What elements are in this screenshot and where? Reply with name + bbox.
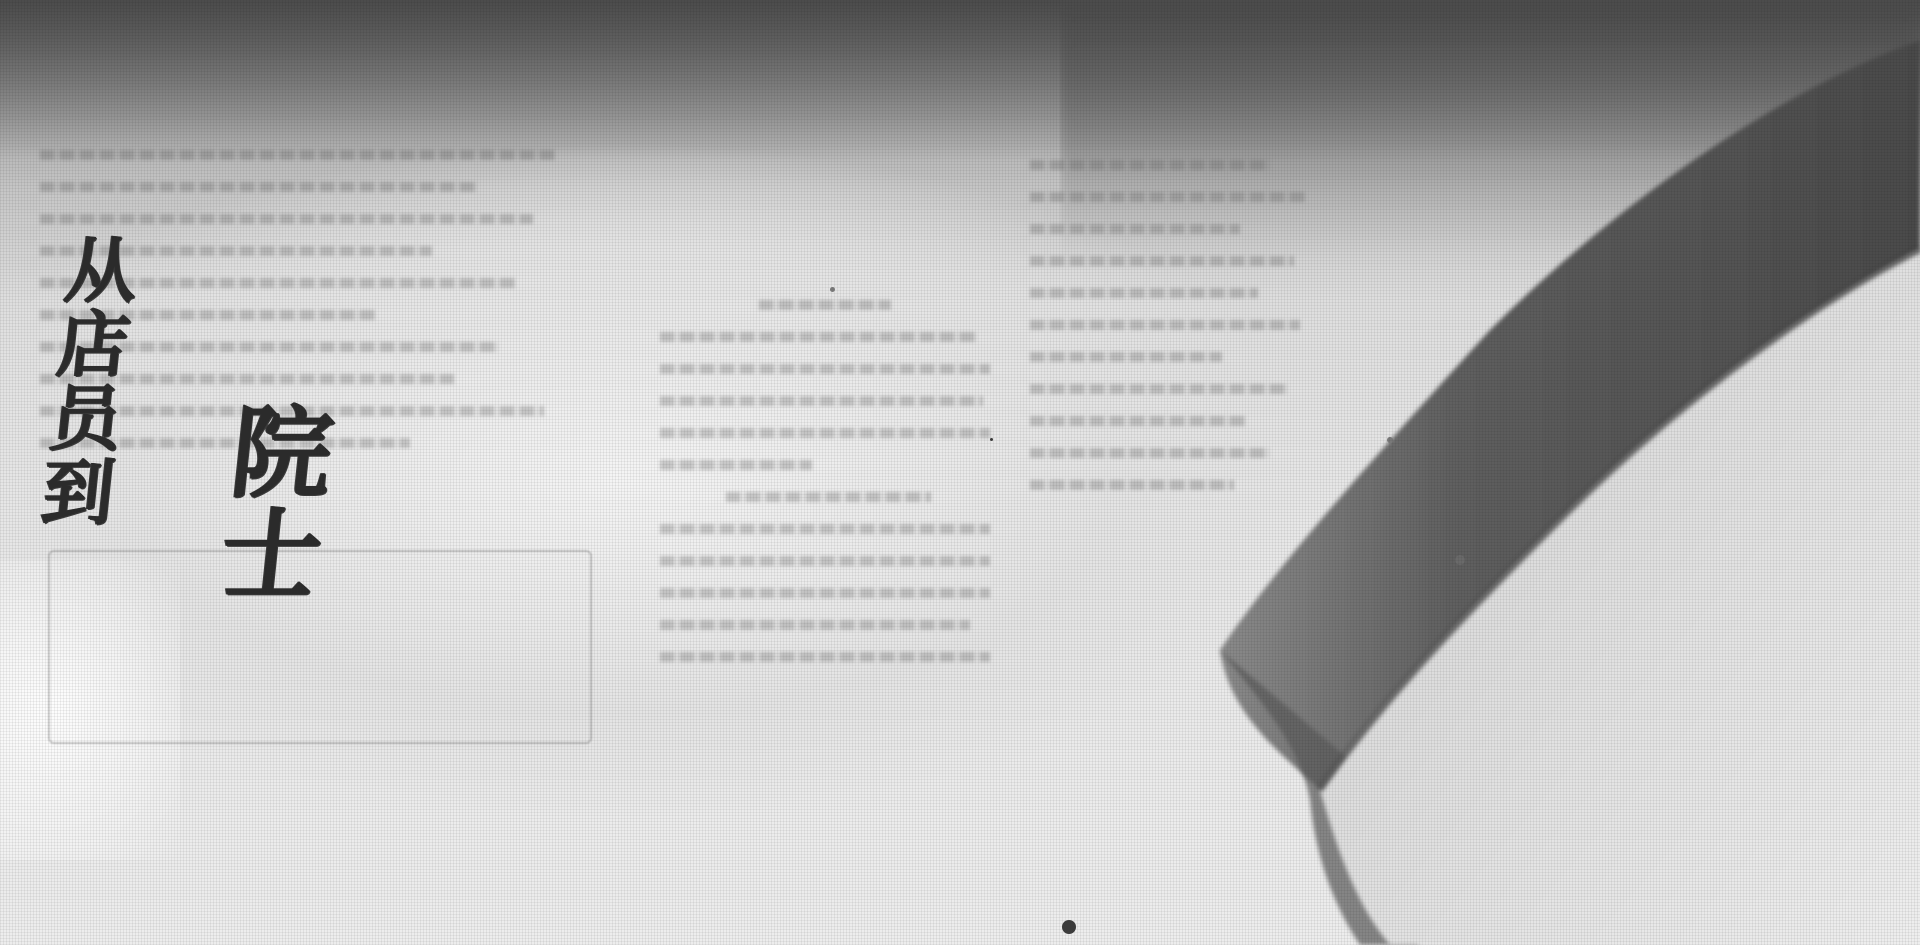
- ghost-text-middle: [660, 300, 990, 684]
- arm-photo: [1060, 0, 1920, 945]
- ink-speck: [990, 438, 993, 441]
- ink-speck: [830, 287, 835, 292]
- ink-speck: [1062, 920, 1076, 934]
- ghost-text-box: [48, 550, 592, 744]
- title-column-2: 院士: [203, 400, 334, 604]
- magazine-page: 从店员到 院士: [0, 0, 1920, 945]
